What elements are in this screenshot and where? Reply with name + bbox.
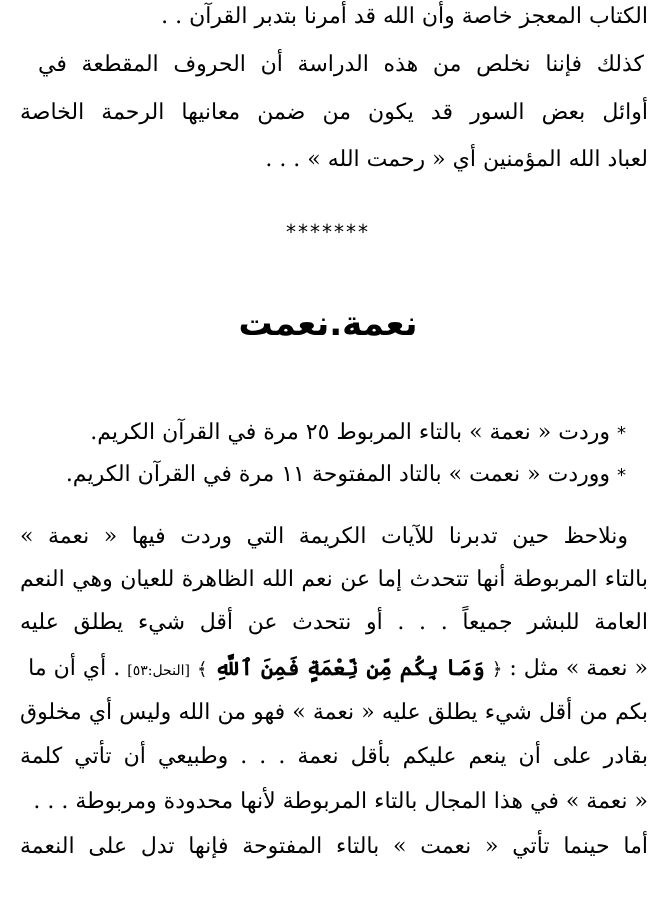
intro-line-3: أوائل بعض السور قد يكون من ضمن معانيها ا… [20,98,648,128]
asterisk-bullet-icon: * [617,465,626,486]
body-line-2: بالتاء المربوطة أنها تتحدث إما عن نعم ال… [20,565,648,595]
body-line-7: « نعمة » في هذا المجال بالتاء المربوطة ل… [33,787,648,817]
section-heading: نعمة.نعمت [0,302,656,346]
intro-line-4: لعباد الله المؤمنين أي « رحمت الله » . .… [265,145,648,175]
body-line-4-start: « نعمة » مثل : [509,656,648,681]
body-line-4: « نعمة » مثل : ﴿ وَمَا بِكُم مِّن نِّعْم… [20,653,648,686]
fact-item-1: * وردت « نعمة » بالتاء المربوط ٢٥ مرة في… [90,418,626,449]
section-separator: ******* [0,220,656,244]
body-line-3: العامة للبشر جميعاً . . . أو نتحدث عن أق… [20,608,648,638]
fact-text: وردت « نعمة » بالتاء المربوط ٢٥ مرة في ا… [90,420,610,445]
body-line-6: بقادر على أن ينعم عليكم بأقل نعمة . . . … [20,742,648,772]
intro-line-2: كذلك فإننا نخلص من هذه الدراسة أن الحروف… [38,50,644,80]
intro-line-1: الكتاب المعجز خاصة وأن الله قد أمرنا بتد… [161,2,648,32]
fact-item-2: * ووردت « نعمت » بالتاد المفتوحة ١١ مرة … [66,460,626,491]
body-line-1: ونلاحظ حين تدبرنا للآيات الكريمة التي ور… [20,522,628,552]
verse-reference: [النحل:٥٣] [127,663,190,679]
body-line-8: أما حينما تأتي « نعمت » بالتاء المفتوحة … [20,832,648,862]
asterisk-bullet-icon: * [617,423,626,444]
body-line-5: بكم من أقل شيء يطلق عليه « نعمة » فهو من… [20,698,648,728]
quran-verse: وَمَا بِكُم مِّن نِّعْمَةٍ فَمِنَ ٱللَّه… [214,655,484,681]
ornate-bracket-open-icon: ﴿ [492,659,503,680]
ornate-bracket-close-icon: ﴾ [197,659,208,680]
body-line-4-end: . أي أن ما [28,656,120,681]
fact-text: ووردت « نعمت » بالتاد المفتوحة ١١ مرة في… [66,462,610,487]
document-page: الكتاب المعجز خاصة وأن الله قد أمرنا بتد… [0,0,656,908]
